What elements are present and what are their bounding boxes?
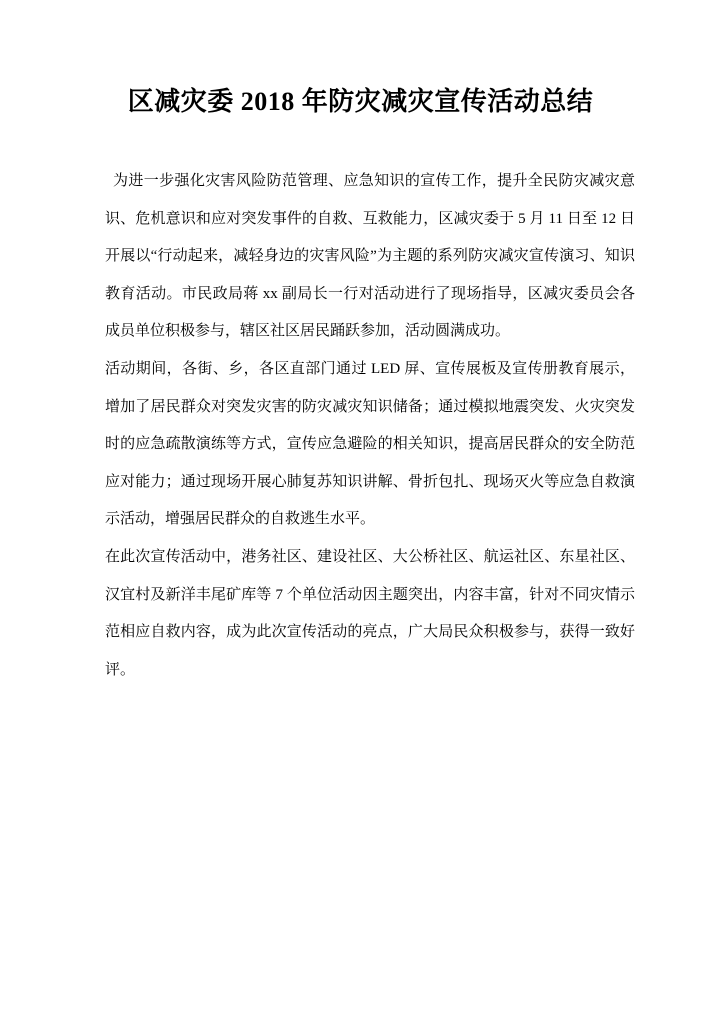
- document-page: 区减灾委 2018 年防灾减灾宣传活动总结 为进一步强化灾害风险防范管理、应急知…: [0, 0, 721, 1020]
- paragraph: 在此次宣传活动中，港务社区、建设社区、大公桥社区、航运社区、东星社区、汉宜村及新…: [105, 539, 635, 689]
- document-body: 为进一步强化灾害风险防范管理、应急知识的宣传工作，提升全民防灾减灾意识、危机意识…: [105, 163, 635, 689]
- paragraph: 为进一步强化灾害风险防范管理、应急知识的宣传工作，提升全民防灾减灾意识、危机意识…: [105, 163, 635, 351]
- document-title: 区减灾委 2018 年防灾减灾宣传活动总结: [0, 82, 721, 122]
- paragraph: 活动期间，各街、乡，各区直部门通过 LED 屏、宣传展板及宣传册教育展示，增加了…: [105, 351, 635, 539]
